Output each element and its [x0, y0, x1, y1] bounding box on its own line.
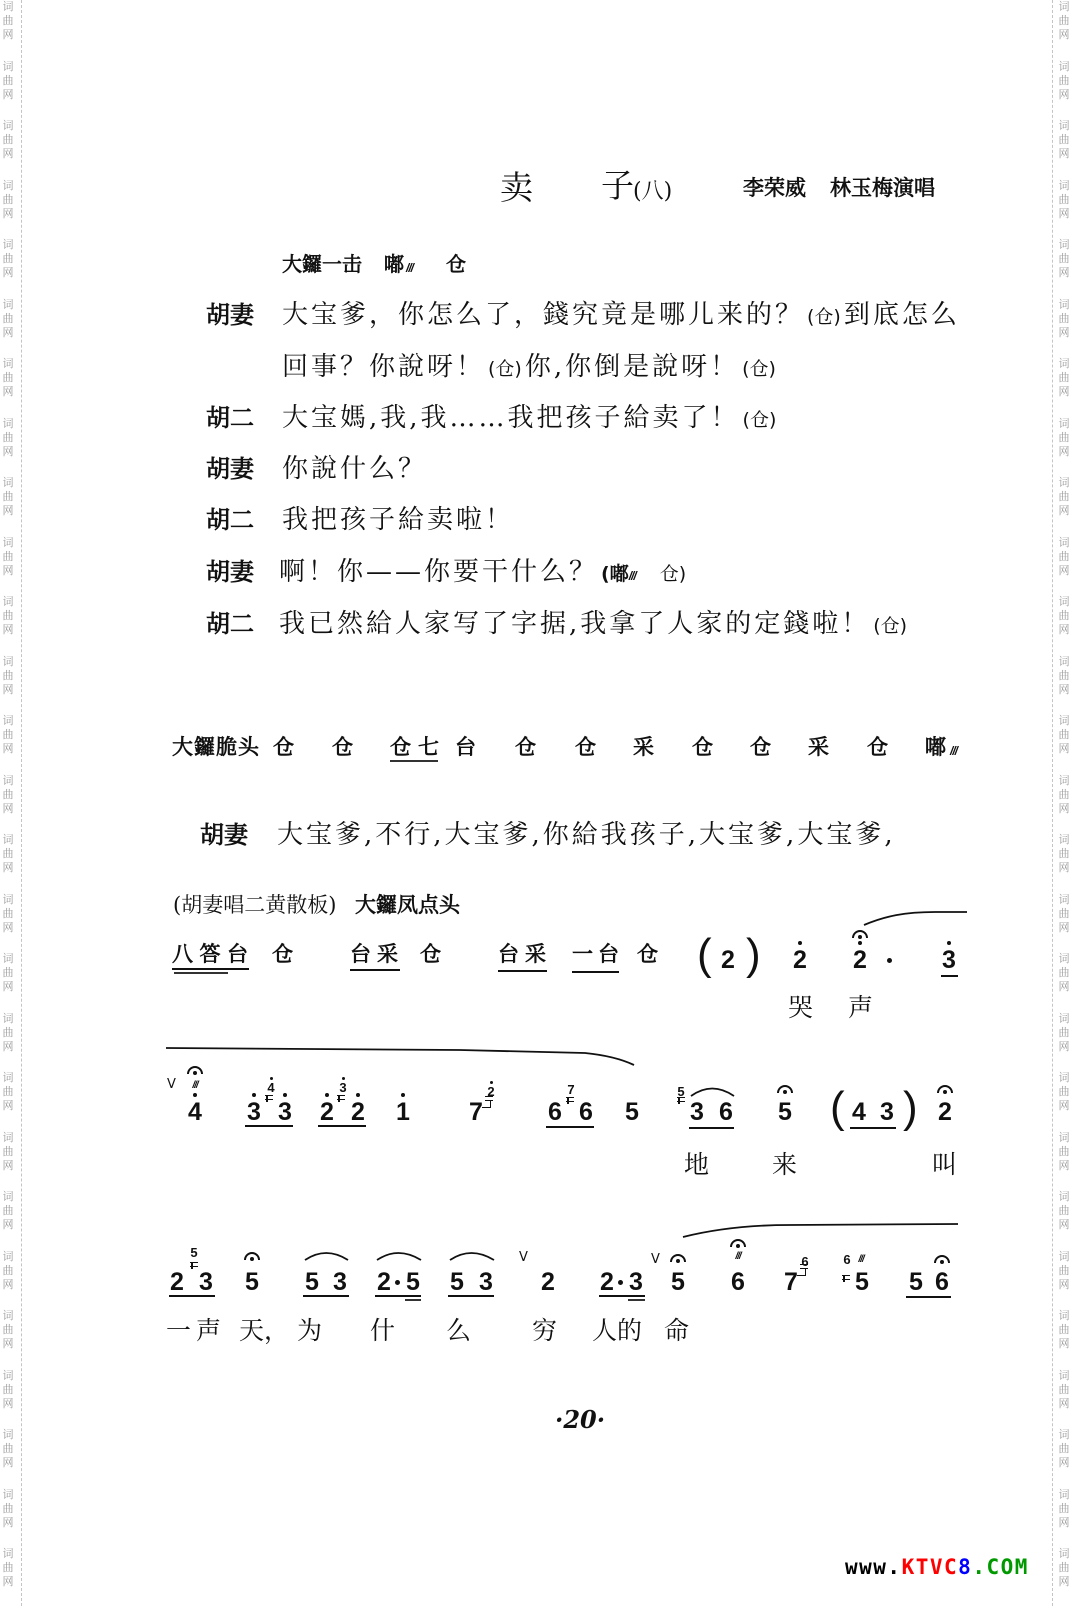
- percussion-syllables: 一台: [572, 944, 624, 965]
- watermark-part: .COM: [972, 1555, 1029, 1579]
- page-number: ·20·: [555, 1406, 605, 1434]
- slur-line: [377, 1253, 421, 1260]
- note-digit: 5: [245, 1270, 259, 1295]
- grace-mark: [566, 1097, 574, 1102]
- grace-note: 4: [267, 1081, 275, 1094]
- lyric: 一声: [166, 1318, 226, 1343]
- note: 5: [406, 1270, 420, 1295]
- site-watermark: www.KTVC8.COM: [845, 1555, 1029, 1579]
- note-digit: 2: [793, 948, 807, 973]
- lyric: 叫: [932, 1152, 957, 1177]
- note: 6: [719, 1100, 733, 1125]
- note: 3: [333, 1270, 347, 1295]
- slur-line: [864, 912, 967, 925]
- note-digit: 3: [339, 1081, 347, 1094]
- beam-line: [245, 1125, 293, 1127]
- note: 4: [852, 1100, 866, 1125]
- tremolo-mark: ///: [853, 1255, 869, 1265]
- note-digit: 2: [351, 1100, 365, 1125]
- beam-line: [498, 970, 547, 972]
- note: 2: [600, 1270, 614, 1295]
- lyric: 哭: [788, 995, 813, 1020]
- grace-mark: [677, 1097, 685, 1102]
- note-digit: 5: [909, 1270, 923, 1295]
- beam-line: [172, 968, 249, 970]
- note: 2: [320, 1100, 334, 1125]
- lyric: 天，: [239, 1318, 289, 1343]
- note-digit: 4: [852, 1100, 866, 1125]
- breath-mark: V: [519, 1251, 528, 1264]
- note-digit: 4: [267, 1081, 275, 1094]
- note: 2: [377, 1270, 391, 1295]
- note: 3: [942, 948, 956, 973]
- augmentation-dot: [887, 958, 892, 963]
- note-digit: 6: [719, 1100, 733, 1125]
- note-digit: 3: [199, 1270, 213, 1295]
- beam-line: [850, 1127, 896, 1129]
- watermark-part: www.: [845, 1555, 902, 1579]
- beam-line: [941, 975, 958, 977]
- paren-open: (: [697, 933, 712, 977]
- lyric: 地: [684, 1152, 709, 1177]
- augmentation-dot: [395, 1280, 400, 1285]
- note: 3: [199, 1270, 213, 1295]
- grace-mark: [190, 1262, 198, 1267]
- grace-note: 7: [567, 1083, 575, 1096]
- note-digit: 2: [853, 948, 867, 973]
- note-digit: 2: [600, 1270, 614, 1295]
- grace-mark: [265, 1095, 273, 1100]
- percussion-syllables: 八答台: [172, 944, 255, 965]
- note: ///4: [188, 1100, 202, 1125]
- note: 5: [671, 1270, 685, 1295]
- note-digit: 5: [671, 1270, 685, 1295]
- note-digit: 5: [190, 1246, 198, 1259]
- score-page: 词 曲 网 词 曲 网 词 曲 网 词 曲 网 词 曲 网 词 曲 网 词 曲 …: [0, 0, 1074, 1606]
- grace-note: 5: [190, 1246, 198, 1259]
- note-digit: 4: [188, 1100, 202, 1125]
- note-digit: 2: [541, 1270, 555, 1295]
- slur-line: [683, 1224, 958, 1237]
- note: 3: [479, 1270, 493, 1295]
- note: ///6: [731, 1270, 745, 1295]
- note-digit: 6: [579, 1100, 593, 1125]
- note-digit: 5: [406, 1270, 420, 1295]
- lyric: 命: [664, 1318, 689, 1343]
- note-digit: 7: [469, 1100, 483, 1125]
- note-digit: 3: [690, 1100, 704, 1125]
- percussion-syllables: 台采: [350, 944, 404, 965]
- note-digit: 2: [938, 1100, 952, 1125]
- beam-line: [174, 972, 228, 974]
- beam-line: [169, 1295, 215, 1297]
- note: 3: [278, 1100, 292, 1125]
- grace-mark: [482, 1100, 491, 1108]
- note: 3: [629, 1270, 643, 1295]
- note: 2: [541, 1270, 555, 1295]
- note: 2: [721, 948, 735, 973]
- note: 6: [548, 1100, 562, 1125]
- note: 3: [690, 1100, 704, 1125]
- note-digit: 3: [629, 1270, 643, 1295]
- beam-line: [375, 1295, 421, 1297]
- beam-line: [448, 1295, 494, 1297]
- note: 3: [247, 1100, 261, 1125]
- beam-line: [628, 1299, 645, 1301]
- percussion-syllables: 台采: [498, 944, 552, 965]
- tremolo-mark: ///: [188, 1081, 202, 1091]
- note-digit: 7: [567, 1083, 575, 1096]
- lyric: 来: [772, 1152, 797, 1177]
- grace-mark: [842, 1275, 850, 1280]
- note: 5: [245, 1270, 259, 1295]
- paren-open: (: [830, 1086, 845, 1130]
- note-digit: 5: [305, 1270, 319, 1295]
- note-digit: 3: [247, 1100, 261, 1125]
- lyric: 么: [446, 1318, 471, 1343]
- lyric: 穷: [532, 1318, 557, 1343]
- note: 2: [170, 1270, 184, 1295]
- note: 6: [579, 1100, 593, 1125]
- note-digit: 6: [935, 1270, 949, 1295]
- note: 5: [450, 1270, 464, 1295]
- note-digit: 3: [479, 1270, 493, 1295]
- percussion-syllables: 仓: [420, 944, 441, 965]
- watermark-part: 8: [958, 1555, 972, 1579]
- beam-line: [599, 1295, 645, 1297]
- note-digit: 5: [778, 1100, 792, 1125]
- note: 5: [625, 1100, 639, 1125]
- beam-line: [689, 1127, 734, 1129]
- note-digit: 2: [320, 1100, 334, 1125]
- beam-line: [546, 1126, 594, 1128]
- beam-line: [350, 969, 400, 971]
- beam-line: [303, 1295, 349, 1297]
- note-digit: 3: [880, 1100, 894, 1125]
- paren-close: ): [903, 1086, 918, 1130]
- grace-mark: [797, 1268, 806, 1276]
- watermark-part: KTVC: [902, 1555, 959, 1579]
- note: 5: [855, 1270, 869, 1295]
- note-digit: 2: [721, 948, 735, 973]
- augmentation-dot: [618, 1280, 623, 1285]
- beam-line: [906, 1296, 951, 1298]
- percussion-syllables: 仓: [272, 944, 293, 965]
- grace-mark: [337, 1095, 345, 1100]
- note-digit: 5: [450, 1270, 464, 1295]
- note: 2: [351, 1100, 365, 1125]
- note-digit: 1: [396, 1100, 410, 1125]
- note: 5: [778, 1100, 792, 1125]
- beam-line: [405, 1299, 421, 1301]
- note-digit: 3: [333, 1270, 347, 1295]
- slur-line: [166, 1048, 634, 1065]
- lyric: 什: [370, 1318, 395, 1343]
- tremolo-mark: ///: [731, 1252, 745, 1262]
- slur-line: [691, 1089, 734, 1097]
- lyric: 声: [848, 995, 873, 1020]
- grace-note: 6: [843, 1253, 851, 1266]
- note-digit: 3: [942, 948, 956, 973]
- note-digit: 6: [843, 1253, 851, 1266]
- note-digit: 6: [548, 1100, 562, 1125]
- note-digit: 2: [170, 1270, 184, 1295]
- beam-line: [318, 1125, 366, 1127]
- lyric: 为: [297, 1318, 322, 1343]
- breath-mark: V: [651, 1253, 660, 1266]
- note-digit: 5: [625, 1100, 639, 1125]
- lyric: 人的: [592, 1318, 642, 1343]
- beam-line: [572, 971, 619, 973]
- paren-close: ): [746, 933, 761, 977]
- note-digit: 2: [377, 1270, 391, 1295]
- percussion-syllables: 仓: [637, 944, 658, 965]
- note: 1: [396, 1100, 410, 1125]
- note: 2: [853, 948, 867, 973]
- breath-mark: V: [167, 1078, 176, 1091]
- note: 2: [793, 948, 807, 973]
- note: 7: [469, 1100, 483, 1125]
- note: 2: [938, 1100, 952, 1125]
- note-digit: 5: [855, 1270, 869, 1295]
- slur-line: [450, 1253, 494, 1260]
- slur-line: [305, 1253, 348, 1260]
- note: 5: [305, 1270, 319, 1295]
- note: 3: [880, 1100, 894, 1125]
- note: 5: [909, 1270, 923, 1295]
- note-digit: 6: [731, 1270, 745, 1295]
- note: 7: [784, 1270, 798, 1295]
- note-digit: 3: [278, 1100, 292, 1125]
- note: 6: [935, 1270, 949, 1295]
- grace-note: 3: [339, 1081, 347, 1094]
- slur-overlay: [0, 0, 1074, 1606]
- note-digit: 7: [784, 1270, 798, 1295]
